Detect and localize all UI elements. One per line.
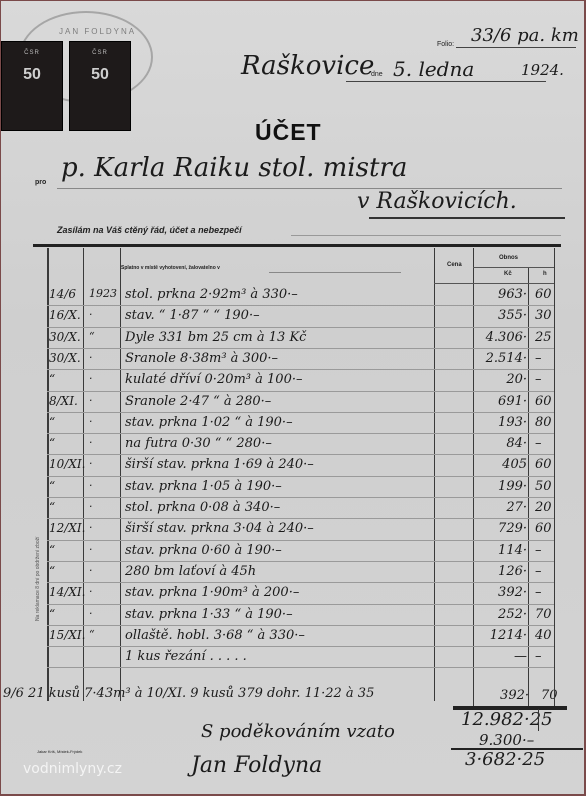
row-rule xyxy=(47,561,554,562)
row-rule xyxy=(47,497,554,498)
row-year: · xyxy=(89,521,93,534)
row-h: – xyxy=(535,649,542,664)
table-column-rule xyxy=(554,248,555,706)
row-item: Sranole 8·38m³ à 300·– xyxy=(125,351,278,366)
row-rule xyxy=(47,369,554,370)
revenue-stamp: ČSR 50 xyxy=(1,41,63,131)
row-h: 40 xyxy=(535,628,552,643)
row-h: – xyxy=(535,564,542,579)
row-date: 30/X. xyxy=(49,330,81,344)
row-kc: 193· xyxy=(475,415,527,430)
row-rule xyxy=(47,412,554,413)
row-date: 12/XI. xyxy=(49,521,85,535)
row-h: – xyxy=(535,543,542,558)
recipient-label: pro xyxy=(35,179,46,186)
sent-line xyxy=(291,235,561,236)
row-h: 60 xyxy=(535,287,552,302)
date: 5. ledna xyxy=(393,57,474,81)
row-year: “ xyxy=(89,330,95,343)
row-h: – xyxy=(535,372,542,387)
row-year: · xyxy=(89,436,93,449)
row-date: 10/XI. xyxy=(49,457,85,471)
row-date: “ xyxy=(49,436,55,450)
row-kc: 963· xyxy=(475,287,527,302)
row-item: širší stav. prkna 1·69 à 240·– xyxy=(125,457,314,472)
row-h: 80 xyxy=(535,415,552,430)
row-kc: — xyxy=(475,649,527,664)
row-rule xyxy=(47,667,554,668)
table-column-rule xyxy=(528,267,529,706)
payable-text: Splatno v místě vyhotovení, žalovatelno … xyxy=(121,265,220,271)
folio-label: Folio: xyxy=(437,41,454,48)
row-rule xyxy=(47,476,554,477)
row-rule xyxy=(47,348,554,349)
stamp-value: 50 xyxy=(70,66,130,84)
row-h: – xyxy=(535,351,542,366)
balance-amount: 3·682·25 xyxy=(465,749,545,770)
row-year: · xyxy=(89,457,93,470)
table-column-rule xyxy=(434,248,435,701)
side-notice: Na reklamace 8 dní po obdržení zboží xyxy=(35,537,41,622)
row-date: 8/XI. xyxy=(49,394,78,408)
row-item: Dyle 331 bm 25 cm à 13 Kč xyxy=(125,330,306,345)
stamp-value: 50 xyxy=(2,66,62,84)
row-item: stav. prkna 1·33 “ à 190·– xyxy=(125,607,293,622)
row-date: “ xyxy=(49,372,55,386)
row-year: · xyxy=(89,372,93,385)
watermark: vodnimlyny.cz xyxy=(23,761,122,777)
row-kc: 392· xyxy=(475,585,527,600)
invoice-page: JAN FOLDYNA ČSR 50 ČSR 50 Folio: 33/6 pa… xyxy=(1,1,584,794)
row-item: širší stav. prkna 3·04 à 240·– xyxy=(125,521,314,536)
year: 1924. xyxy=(521,61,564,79)
place: Raškovice xyxy=(241,51,374,81)
header-rule xyxy=(434,283,554,284)
extra-row-h: 70 xyxy=(541,688,558,703)
row-year: · xyxy=(89,607,93,620)
seal-text: JAN FOLDYNA xyxy=(59,27,136,36)
row-rule xyxy=(47,454,554,455)
row-year: · xyxy=(89,415,93,428)
row-date: 30/X. xyxy=(49,351,81,365)
row-rule xyxy=(47,604,554,605)
price-header: Cena xyxy=(447,262,462,268)
row-date: 14/6 xyxy=(49,287,76,301)
row-date: “ xyxy=(49,500,55,514)
row-rule xyxy=(47,625,554,626)
amount-header: Obnos xyxy=(499,255,518,261)
folio-value: 33/6 pa. km xyxy=(471,25,579,46)
stamp-label: ČSR xyxy=(70,50,130,56)
row-rule xyxy=(47,327,554,328)
row-h: 60 xyxy=(535,394,552,409)
row-rule xyxy=(47,540,554,541)
row-kc: 355· xyxy=(475,308,527,323)
row-item: stol. prkna 0·08 à 340·– xyxy=(125,500,280,515)
document-title: ÚČET xyxy=(255,119,322,146)
row-h: – xyxy=(535,436,542,451)
row-date: “ xyxy=(49,564,55,578)
receipt-text: S poděkováním vzato xyxy=(201,721,395,742)
header-rule xyxy=(473,267,554,268)
row-item: stav. prkna 1·02 “ à 190·– xyxy=(125,415,293,430)
row-kc: 126· xyxy=(475,564,527,579)
row-kc: 27· xyxy=(475,500,527,515)
row-h: 50 xyxy=(535,479,552,494)
row-item: stav. prkna 0·60 à 190·– xyxy=(125,543,282,558)
row-item: stav. “ 1·87 “ “ 190·– xyxy=(125,308,260,323)
row-year: · xyxy=(89,585,93,598)
row-kc: 114· xyxy=(475,543,527,558)
row-year: · xyxy=(89,479,93,492)
row-year: · xyxy=(89,543,93,556)
row-rule xyxy=(47,518,554,519)
row-item: kulaté dříví 0·20m³ à 100·– xyxy=(125,372,302,387)
row-date: 15/XI. xyxy=(49,628,85,642)
table-column-rule xyxy=(473,248,474,706)
row-item: ollaště. hobl. 3·68 “ à 330·– xyxy=(125,628,305,643)
h-header: h xyxy=(543,271,547,277)
row-date: “ xyxy=(49,607,55,621)
stamp-label: ČSR xyxy=(2,50,62,56)
row-date: “ xyxy=(49,479,55,493)
row-h: 60 xyxy=(535,457,552,472)
row-year: · xyxy=(89,394,93,407)
row-kc: 691· xyxy=(475,394,527,409)
revenue-stamp: ČSR 50 xyxy=(69,41,131,131)
row-year: · xyxy=(89,308,93,321)
kc-header: Kč xyxy=(504,271,512,277)
folio-line xyxy=(456,47,576,48)
row-date: 16/X. xyxy=(49,308,81,322)
row-year: · xyxy=(89,500,93,513)
recipient-line-1: p. Karla Raiku stol. mistra xyxy=(61,153,407,183)
row-kc: 84· xyxy=(475,436,527,451)
row-rule xyxy=(47,433,554,434)
row-year: · xyxy=(89,351,93,364)
row-item: stav. prkna 1·05 à 190·– xyxy=(125,479,282,494)
row-kc: 2.514· xyxy=(475,351,527,366)
row-item: stol. prkna 2·92m³ à 330·– xyxy=(125,287,298,302)
row-rule xyxy=(47,391,554,392)
subtotal-divider xyxy=(538,709,539,731)
extra-row-text: 9/6 21 kusů 7·43m³ à 10/XI. 9 kusů 379 d… xyxy=(3,686,374,701)
signature: Jan Foldyna xyxy=(191,753,322,778)
table-top-rule xyxy=(33,244,561,247)
payable-line xyxy=(269,272,401,273)
row-kc: 1214· xyxy=(475,628,527,643)
recipient-line-2: v Raškovicích. xyxy=(357,189,517,214)
row-item: Sranole 2·47 “ à 280·– xyxy=(125,394,271,409)
extra-row-kc: 392· xyxy=(471,688,529,703)
row-h: 25 xyxy=(535,330,552,345)
recipient-underline-2 xyxy=(369,217,565,219)
row-item: 1 kus řezání . . . . . xyxy=(125,649,247,664)
paid-amount: 9.300·– xyxy=(479,731,534,749)
row-kc: 252· xyxy=(475,607,527,622)
table-column-rule xyxy=(120,248,121,701)
row-year: 1923 xyxy=(89,287,117,300)
date-line xyxy=(346,81,546,82)
row-item: na futra 0·30 “ “ 280·– xyxy=(125,436,272,451)
row-kc: 729· xyxy=(475,521,527,536)
printer-imprint: Jakar Kriš, Místek-Frýdek xyxy=(37,749,82,754)
date-label: dne xyxy=(371,71,383,78)
row-date: “ xyxy=(49,415,55,429)
row-kc: 405 xyxy=(475,457,527,472)
row-item: 280 bm laťoví à 45h xyxy=(125,564,256,579)
row-kc: 4.306· xyxy=(475,330,527,345)
row-h: 20 xyxy=(535,500,552,515)
row-rule xyxy=(47,305,554,306)
row-h: 30 xyxy=(535,308,552,323)
row-date: 14/XI. xyxy=(49,585,85,599)
row-item: stav. prkna 1·90m³ à 200·– xyxy=(125,585,299,600)
row-rule xyxy=(47,646,554,647)
sent-text: Zasílám na Váš ctěný řád, účet a nebezpe… xyxy=(57,225,242,235)
row-kc: 20· xyxy=(475,372,527,387)
row-rule xyxy=(47,582,554,583)
row-kc: 199· xyxy=(475,479,527,494)
row-h: 70 xyxy=(535,607,552,622)
row-date: “ xyxy=(49,543,55,557)
row-h: – xyxy=(535,585,542,600)
row-year: · xyxy=(89,564,93,577)
row-year: “ xyxy=(89,628,95,641)
row-h: 60 xyxy=(535,521,552,536)
